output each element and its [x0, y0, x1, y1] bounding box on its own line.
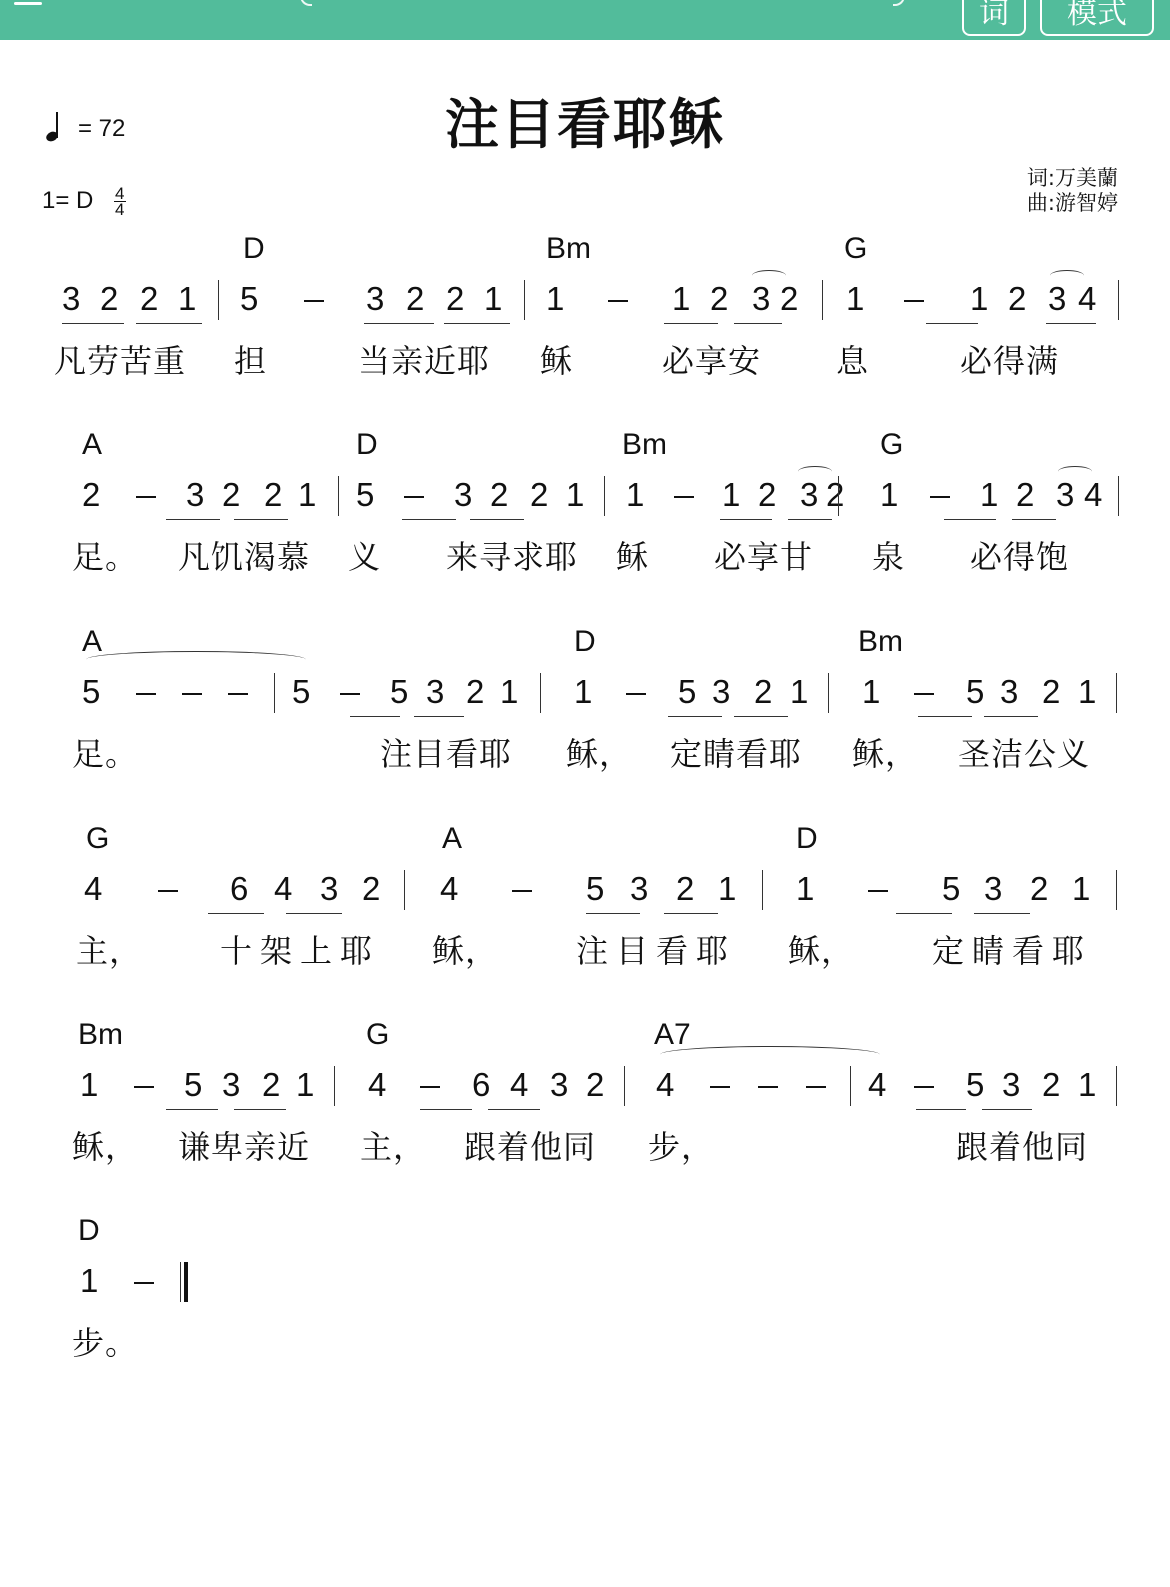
note-digit: 5 [390, 673, 408, 711]
chord: D [796, 822, 818, 856]
note-digit: 2 [780, 280, 798, 318]
note-digit: 3 [752, 280, 770, 318]
beam-underline [734, 323, 782, 324]
beam-underline [62, 323, 124, 324]
note-digit: 2 [1042, 673, 1060, 711]
bar-line [624, 1066, 625, 1106]
lyric: 稣， [566, 729, 632, 775]
chord: A [82, 625, 102, 659]
lyric: 注目看耶 [576, 926, 736, 972]
hold-dash [758, 1086, 778, 1088]
beam-underline [1046, 323, 1096, 324]
note-digit: 2 [446, 280, 464, 318]
note-digit: 2 [140, 280, 158, 318]
notation-row: 2 3221 5 3221 1 1232 1 1234 [0, 476, 1170, 526]
notation-row: 4 6432 4 5321 1 5321 [0, 870, 1170, 920]
tie-arc [86, 651, 306, 668]
hold-dash [134, 1282, 154, 1284]
menu-icon[interactable] [14, 2, 42, 5]
chord: Bm [858, 625, 903, 659]
score-line-2: A D Bm G 2 3221 5 3221 1 1232 1 1234 足。 … [0, 428, 1170, 578]
note-digit: 5 [82, 673, 100, 711]
text: 4 [115, 200, 124, 219]
note-digit: 3 [454, 476, 472, 514]
note-digit: 4 [84, 870, 102, 908]
beam-underline [926, 323, 978, 324]
tie-arc [1058, 466, 1092, 477]
beam-underline [234, 519, 288, 520]
hold-dash [182, 693, 202, 695]
lyric: 息 [836, 336, 869, 382]
bar-line [762, 870, 763, 910]
note-digit: 1 [80, 1066, 98, 1104]
notation-row: 3221 5 3221 1 1232 1 1234 [0, 280, 1170, 330]
note-digit: 3 [1056, 476, 1074, 514]
chord: D [574, 625, 596, 659]
note-digit: 5 [942, 870, 960, 908]
chord: Bm [622, 428, 667, 462]
note-digit: 1 [796, 870, 814, 908]
bar-line [404, 870, 405, 910]
note-digit: 1 [178, 280, 196, 318]
lyric: 泉 [872, 532, 905, 578]
beam-underline [734, 716, 788, 717]
note-digit: 1 [846, 280, 864, 318]
note-digit: 1 [880, 476, 898, 514]
note-digit: 1 [718, 870, 736, 908]
chord: Bm [546, 232, 591, 266]
note-digit: 5 [966, 1066, 984, 1104]
note-digit: 2 [490, 476, 508, 514]
note-digit: 2 [1030, 870, 1048, 908]
note-digit: 1 [970, 280, 988, 318]
note-digit: 1 [672, 280, 690, 318]
chord: A7 [654, 1018, 691, 1052]
beam-underline [1012, 519, 1056, 520]
chord: A [82, 428, 102, 462]
chord: G [844, 232, 867, 266]
beam-underline [208, 913, 264, 914]
note-digit: 1 [722, 476, 740, 514]
hold-dash [512, 890, 532, 892]
chord: Bm [78, 1018, 123, 1052]
chord: A [442, 822, 462, 856]
note-digit: 2 [406, 280, 424, 318]
note-digit: 1 [546, 280, 564, 318]
notation-row: 1 5321 4 6432 4 4 5321 [0, 1066, 1170, 1116]
nav-arc-left-icon [300, 0, 312, 6]
beam-underline [896, 913, 952, 914]
note-digit: 1 [790, 673, 808, 711]
note-digit: 5 [184, 1066, 202, 1104]
score-line-5: Bm G A7 1 5321 4 6432 4 4 5321 稣， 谦卑亲近 主… [0, 1018, 1170, 1168]
beam-underline [664, 323, 718, 324]
beam-underline [364, 323, 434, 324]
note-digit: 2 [222, 476, 240, 514]
note-digit: 2 [758, 476, 776, 514]
note-digit: 1 [80, 1262, 98, 1300]
note-digit: 1 [566, 476, 584, 514]
lyric: 必享甘 [714, 532, 813, 578]
note-digit: 3 [984, 870, 1002, 908]
note-digit: 2 [1008, 280, 1026, 318]
hold-dash [608, 300, 628, 302]
note-digit: 2 [1042, 1066, 1060, 1104]
lyric: 担 [234, 336, 267, 382]
note-digit: 5 [586, 870, 604, 908]
lyric: 圣洁公义 [958, 729, 1090, 775]
note-digit: 2 [100, 280, 118, 318]
chord: G [366, 1018, 389, 1052]
hold-dash [136, 693, 156, 695]
note-digit: 3 [630, 870, 648, 908]
note-digit: 5 [966, 673, 984, 711]
note-digit: 4 [1078, 280, 1096, 318]
score-line-3: A D Bm 5 5 5321 1 5321 1 5321 足。 注目看耶 稣，… [0, 625, 1170, 775]
lyric: 必得饱 [970, 532, 1069, 578]
note-digit: 2 [362, 870, 380, 908]
hold-dash [340, 693, 360, 695]
tempo-marking: = 72 [44, 112, 125, 143]
note-digit: 1 [1072, 870, 1090, 908]
hold-dash [868, 890, 888, 892]
note-digit: 3 [426, 673, 444, 711]
note-digit: 4 [440, 870, 458, 908]
credits: 词:万美蘭 曲:游智婷 [1027, 166, 1118, 216]
note-digit: 2 [82, 476, 100, 514]
beam-underline [720, 519, 772, 520]
note-digit: 3 [222, 1066, 240, 1104]
note-digit: 2 [264, 476, 282, 514]
beam-underline [414, 716, 464, 717]
bar-line [1116, 673, 1117, 713]
hold-dash [136, 496, 156, 498]
chord: D [243, 232, 265, 266]
lyric: 步。 [72, 1318, 138, 1364]
beam-underline [166, 1109, 218, 1110]
note-digit: 2 [466, 673, 484, 711]
note-digit: 2 [676, 870, 694, 908]
note-digit: 5 [356, 476, 374, 514]
mode-button[interactable]: 模式 [1040, 0, 1154, 36]
note-digit: 3 [62, 280, 80, 318]
nav-arc-right-icon [893, 0, 905, 6]
lyric: 定睛看耶 [670, 729, 802, 775]
bar-line [218, 280, 219, 320]
note-digit: 1 [298, 476, 316, 514]
key-label: 1= D [42, 187, 93, 214]
lyric: 步， [648, 1122, 714, 1168]
hold-dash [914, 1086, 934, 1088]
lyric: 足。 [72, 532, 138, 578]
note-digit: 1 [500, 673, 518, 711]
note-digit: 2 [1016, 476, 1034, 514]
lyric: 谦卑亲近 [178, 1122, 310, 1168]
lyric: 跟着他同 [464, 1122, 596, 1168]
note-digit: 1 [296, 1066, 314, 1104]
beam-underline [470, 519, 524, 520]
hold-dash [930, 496, 950, 498]
beam-underline [166, 519, 220, 520]
note-digit: 6 [230, 870, 248, 908]
chord: D [78, 1214, 100, 1248]
note-digit: 3 [1002, 1066, 1020, 1104]
bar-line [540, 673, 541, 713]
beam-underline [984, 716, 1038, 717]
hold-dash [420, 1086, 440, 1088]
app-toolbar: 词 模式 [0, 0, 1170, 40]
lyric: 稣， [788, 926, 854, 972]
note-digit: 1 [574, 673, 592, 711]
note-digit: 5 [240, 280, 258, 318]
beam-underline [586, 913, 640, 914]
lyrics-button[interactable]: 词 [962, 0, 1026, 36]
hold-dash [228, 693, 248, 695]
beam-underline [420, 1109, 472, 1110]
hold-dash [806, 1086, 826, 1088]
hold-dash [404, 496, 424, 498]
note-digit: 1 [1078, 1066, 1096, 1104]
beam-underline [234, 1109, 286, 1110]
composer: 曲:游智婷 [1027, 191, 1118, 216]
note-digit: 3 [320, 870, 338, 908]
note-digit: 4 [868, 1066, 886, 1104]
note-digit: 2 [530, 476, 548, 514]
note-digit: 2 [710, 280, 728, 318]
note-digit: 2 [826, 476, 844, 514]
bar-line [334, 1066, 335, 1106]
song-title: 注目看耶稣 [0, 82, 1170, 159]
lyric: 稣 [540, 336, 573, 382]
hold-dash [626, 693, 646, 695]
score-line-6: D 1 步。 [0, 1214, 1170, 1364]
lyric: 凡劳苦重 [54, 336, 186, 382]
note-digit: 3 [366, 280, 384, 318]
note-digit: 3 [800, 476, 818, 514]
hold-dash [904, 300, 924, 302]
note-digit: 1 [980, 476, 998, 514]
note-digit: 1 [1078, 673, 1096, 711]
beam-underline [916, 1109, 966, 1110]
tie-arc [660, 1046, 880, 1063]
bar-line [1116, 1066, 1117, 1106]
note-digit: 1 [484, 280, 502, 318]
note-digit: 4 [1084, 476, 1102, 514]
beam-underline [136, 323, 202, 324]
note-digit: 3 [1048, 280, 1066, 318]
tie-arc [798, 466, 832, 477]
hold-dash [710, 1086, 730, 1088]
notation-row: 1 [0, 1262, 1170, 1312]
hold-dash [158, 890, 178, 892]
lyric: 当亲近耶 [358, 336, 490, 382]
lyric: 定睛看耶 [932, 926, 1092, 972]
note-digit: 6 [472, 1066, 490, 1104]
beam-underline [974, 913, 1030, 914]
beam-underline [668, 716, 722, 717]
bar-line [524, 280, 525, 320]
chord: G [880, 428, 903, 462]
note-digit: 1 [862, 673, 880, 711]
lyric: 义 [348, 532, 381, 578]
bar-line [338, 476, 339, 516]
bar-line [828, 673, 829, 713]
note-digit: 2 [262, 1066, 280, 1104]
lyric: 必享安 [662, 336, 761, 382]
beam-underline [918, 716, 972, 717]
bar-line [850, 1066, 851, 1106]
tie-arc [752, 270, 786, 281]
note-digit: 4 [656, 1066, 674, 1104]
time-signature: 4 4 [114, 186, 125, 217]
lyric: 稣 [616, 532, 649, 578]
note-digit: 2 [754, 673, 772, 711]
chord: D [356, 428, 378, 462]
beam-underline [402, 519, 456, 520]
bar-line [604, 476, 605, 516]
note-digit: 4 [510, 1066, 528, 1104]
lyricist: 词:万美蘭 [1027, 166, 1118, 191]
tempo-value: = 72 [78, 115, 125, 142]
chord: G [86, 822, 109, 856]
lyric: 必得满 [960, 336, 1059, 382]
note-digit: 3 [712, 673, 730, 711]
hold-dash [914, 693, 934, 695]
beam-underline [350, 716, 400, 717]
lyric: 稣， [852, 729, 918, 775]
note-digit: 5 [292, 673, 310, 711]
note-digit: 3 [186, 476, 204, 514]
hold-dash [674, 496, 694, 498]
beam-underline [944, 519, 996, 520]
note-digit: 1 [626, 476, 644, 514]
score-line-1: D Bm G 3221 5 3221 1 1232 1 1234 凡劳苦重 担 … [0, 232, 1170, 382]
bar-line [1118, 280, 1119, 320]
lyric: 主， [360, 1122, 426, 1168]
lyric: 足。 [72, 729, 138, 775]
bar-line [274, 673, 275, 713]
note-digit: 5 [678, 673, 696, 711]
bar-line [1116, 870, 1117, 910]
lyric: 十架上耶 [220, 926, 380, 972]
quarter-note-icon [44, 112, 60, 142]
bar-line [822, 280, 823, 320]
bar-line [838, 476, 839, 516]
note-digit: 3 [550, 1066, 568, 1104]
lyric: 凡饥渴慕 [178, 532, 310, 578]
hold-dash [304, 300, 324, 302]
beam-underline [444, 323, 510, 324]
bar-line [1118, 476, 1119, 516]
note-digit: 3 [1000, 673, 1018, 711]
beam-underline [982, 1109, 1032, 1110]
lyric: 稣， [432, 926, 498, 972]
tie-arc [1050, 270, 1084, 281]
lyric: 主， [76, 926, 142, 972]
score-line-4: G A D 4 6432 4 5321 1 5321 主， 十架上耶 稣， 注目… [0, 822, 1170, 972]
notation-row: 5 5 5321 1 5321 1 5321 [0, 673, 1170, 723]
lyric: 稣， [72, 1122, 138, 1168]
beam-underline [488, 1109, 540, 1110]
key-signature: 1= D 4 4 [42, 186, 126, 217]
note-digit: 2 [586, 1066, 604, 1104]
lyric: 跟着他同 [956, 1122, 1088, 1168]
final-barline [180, 1262, 181, 1302]
note-digit: 4 [274, 870, 292, 908]
lyric: 来寻求耶 [446, 532, 578, 578]
beam-underline [286, 913, 342, 914]
lyric: 注目看耶 [380, 729, 512, 775]
hold-dash [134, 1086, 154, 1088]
beam-underline [788, 519, 832, 520]
note-digit: 4 [368, 1066, 386, 1104]
beam-underline [664, 913, 718, 914]
